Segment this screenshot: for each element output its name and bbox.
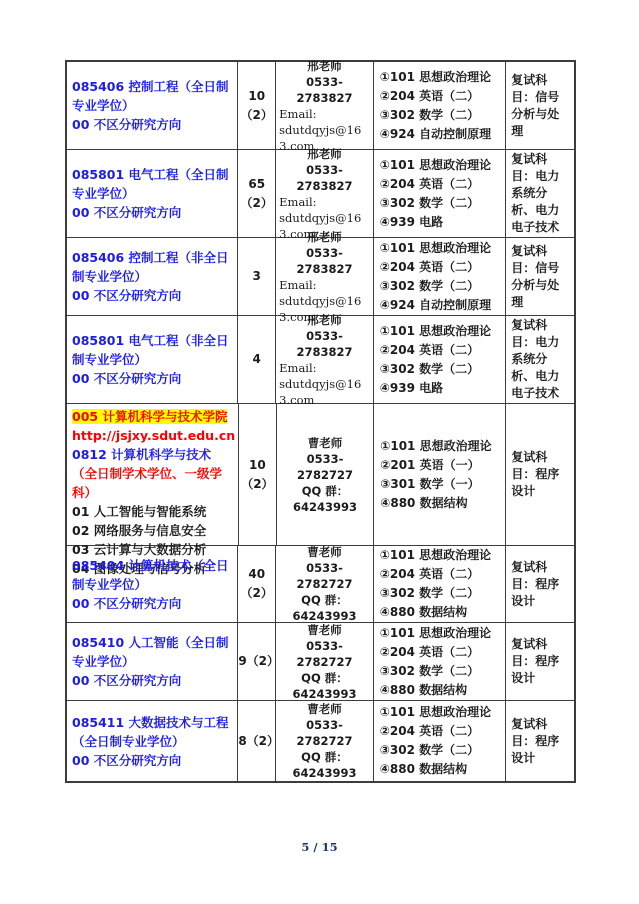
email-label: Email: [279, 360, 370, 376]
program-direction: 00 不区分研究方向 [72, 671, 233, 690]
subject-item: ③301 数学（一） [380, 475, 503, 494]
quota-cell: 10（2） [239, 404, 277, 545]
program-title-code: 0812 计算机科学与技术 [72, 447, 211, 462]
contact-name: 邢老师 [279, 229, 370, 245]
qq-group-number: 64243993 [279, 686, 370, 702]
contact-cell: 邢老师 0533-2783827 Email: sdutdqyjs@163.co… [276, 150, 374, 237]
subject-item: ①101 思想政治理论 [380, 703, 503, 722]
program-direction: 00 不区分研究方向 [72, 751, 233, 770]
email-label: Email: [279, 277, 370, 293]
program-title: 0812 计算机科学与技术（全日制学术学位、一级学科） [72, 445, 234, 502]
qq-group-label: QQ 群： [280, 483, 370, 499]
subject-item: ③302 数学（二） [380, 194, 503, 213]
contact-phone: 0533-2782727 [280, 451, 370, 483]
subject-item: ①101 思想政治理论 [380, 322, 503, 341]
subject-item: ③302 数学（二） [380, 277, 503, 296]
table-row: 085410 人工智能（全日制专业学位） 00 不区分研究方向 9（2） 曹老师… [67, 623, 574, 701]
contact-phone: 0533-2782727 [279, 638, 370, 670]
quota-cell: 10（2） [238, 62, 276, 149]
retest-cell: 复试科目：电力系统分析、电力电子技术 [506, 150, 574, 237]
page-number: 5 / 15 [0, 840, 639, 854]
quota-cell: 3 [238, 238, 276, 315]
subject-item: ④939 电路 [380, 213, 503, 232]
subject-item: ④880 数据结构 [380, 681, 503, 700]
table-row: 085404 计算机技术（全日制专业学位） 00 不区分研究方向 40（2） 曹… [67, 546, 574, 623]
retest-cell: 复试科目：程序设计 [506, 546, 574, 622]
program-title: 085406 控制工程（非全日制专业学位） [72, 248, 233, 286]
program-cell: 005 计算机科学与技术学院 http://jsjxy.sdut.edu.cn … [67, 404, 239, 545]
subjects-cell: ①101 思想政治理论 ②204 英语（二） ③302 数学（二） ④880 数… [374, 701, 506, 781]
subject-item: ②201 英语（一） [380, 456, 503, 475]
program-title: 085406 控制工程（全日制专业学位） [72, 77, 233, 115]
program-direction: 00 不区分研究方向 [72, 286, 233, 305]
retest-cell: 复试科目：程序设计 [506, 623, 574, 700]
contact-phone: 0533-2782727 [279, 717, 370, 749]
quota-cell: 8（2） [238, 701, 276, 781]
subject-item: ②204 英语（二） [380, 341, 503, 360]
program-cell: 085406 控制工程（全日制专业学位） 00 不区分研究方向 [67, 62, 238, 149]
contact-name: 曹老师 [280, 435, 370, 451]
subject-item: ④939 电路 [380, 379, 503, 398]
contact-name: 邢老师 [279, 312, 370, 328]
program-title: 085410 人工智能（全日制专业学位） [72, 633, 233, 671]
contact-phone: 0533-2783827 [279, 74, 370, 106]
subject-item: ③302 数学（二） [380, 741, 503, 760]
program-direction: 02 网络服务与信息安全 [72, 521, 234, 540]
table-row: 085801 电气工程（非全日制专业学位） 00 不区分研究方向 4 邢老师 0… [67, 316, 574, 404]
subject-item: ④924 自动控制原理 [380, 125, 503, 144]
retest-cell: 复试科目：信号分析与处理 [506, 62, 574, 149]
program-title-suffix: （全日制学术学位、一级学科） [72, 466, 222, 500]
program-cell: 085801 电气工程（非全日制专业学位） 00 不区分研究方向 [67, 316, 238, 403]
qq-group-number: 64243993 [279, 765, 370, 781]
contact-cell: 曹老师 0533-2782727 QQ 群： 64243993 [276, 623, 374, 700]
subjects-cell: ①101 思想政治理论 ②204 英语（二） ③302 数学（二） ④880 数… [374, 546, 506, 622]
table-row-section: 005 计算机科学与技术学院 http://jsjxy.sdut.edu.cn … [67, 404, 574, 546]
contact-cell: 曹老师 0533-2782727 QQ 群： 64243993 [276, 546, 374, 622]
section-url-link[interactable]: http://jsjxy.sdut.edu.cn [72, 426, 234, 445]
contact-cell: 邢老师 0533-2783827 Email: sdutdqyjs@163.co… [276, 62, 374, 149]
subject-item: ①101 思想政治理论 [380, 546, 503, 565]
retest-cell: 复试科目：程序设计 [506, 701, 574, 781]
quota-cell: 9（2） [238, 623, 276, 700]
subject-item: ②204 英语（二） [380, 87, 503, 106]
contact-name: 邢老师 [279, 58, 370, 74]
subject-item: ②204 英语（二） [380, 643, 503, 662]
subject-item: ③302 数学（二） [380, 584, 503, 603]
contact-cell: 邢老师 0533-2783827 Email: sdutdqyjs@163.co… [276, 316, 374, 403]
qq-group-label: QQ 群： [279, 749, 370, 765]
table-row: 085801 电气工程（全日制专业学位） 00 不区分研究方向 65（2） 邢老… [67, 150, 574, 238]
contact-cell: 曹老师 0533-2782727 QQ 群： 64243993 [276, 701, 374, 781]
contact-phone: 0533-2783827 [279, 328, 370, 360]
document-page: 085406 控制工程（全日制专业学位） 00 不区分研究方向 10（2） 邢老… [0, 0, 639, 904]
program-direction: 00 不区分研究方向 [72, 203, 233, 222]
subjects-cell: ①101 思想政治理论 ②204 英语（二） ③302 数学（二） ④924 自… [374, 238, 506, 315]
quota-cell: 40（2） [238, 546, 276, 622]
program-cell: 085411 大数据技术与工程（全日制专业学位） 00 不区分研究方向 [67, 701, 238, 781]
program-title: 085801 电气工程（非全日制专业学位） [72, 331, 233, 369]
table-row: 085406 控制工程（全日制专业学位） 00 不区分研究方向 10（2） 邢老… [67, 62, 574, 150]
subject-item: ②204 英语（二） [380, 565, 503, 584]
contact-name: 曹老师 [279, 701, 370, 717]
qq-group-label: QQ 群： [279, 592, 370, 608]
contact-phone: 0533-2782727 [279, 560, 370, 592]
qq-group-label: QQ 群： [279, 670, 370, 686]
program-cell: 085410 人工智能（全日制专业学位） 00 不区分研究方向 [67, 623, 238, 700]
contact-cell: 邢老师 0533-2783827 Email: sdutdqyjs@163.co… [276, 238, 374, 315]
retest-cell: 复试科目：信号分析与处理 [506, 238, 574, 315]
program-cell: 085404 计算机技术（全日制专业学位） 00 不区分研究方向 [67, 546, 238, 622]
subjects-cell: ①101 思想政治理论 ②204 英语（二） ③302 数学（二） ④924 自… [374, 62, 506, 149]
email-address[interactable]: sdutdqyjs@163.com [279, 376, 370, 408]
subject-item: ①101 思想政治理论 [380, 156, 503, 175]
table-row: 085406 控制工程（非全日制专业学位） 00 不区分研究方向 3 邢老师 0… [67, 238, 574, 316]
quota-cell: 4 [238, 316, 276, 403]
subject-item: ④880 数据结构 [380, 494, 503, 513]
subject-item: ②204 英语（二） [380, 175, 503, 194]
program-cell: 085801 电气工程（全日制专业学位） 00 不区分研究方向 [67, 150, 238, 237]
subject-item: ③302 数学（二） [380, 106, 503, 125]
subjects-cell: ①101 思想政治理论 ②204 英语（二） ③302 数学（二） ④939 电… [374, 316, 506, 403]
section-code-name: 005 计算机科学与技术学院 [72, 409, 227, 424]
qq-group-number: 64243993 [280, 499, 370, 515]
contact-phone: 0533-2783827 [279, 245, 370, 277]
email-label: Email: [279, 106, 370, 122]
subjects-cell: ①101 思想政治理论 ②204 英语（二） ③302 数学（二） ④939 电… [374, 150, 506, 237]
retest-cell: 复试科目：程序设计 [506, 404, 574, 545]
admissions-table: 085406 控制工程（全日制专业学位） 00 不区分研究方向 10（2） 邢老… [65, 60, 576, 783]
program-direction: 00 不区分研究方向 [72, 115, 233, 134]
contact-phone: 0533-2783827 [279, 162, 370, 194]
email-label: Email: [279, 194, 370, 210]
program-direction: 00 不区分研究方向 [72, 594, 233, 613]
subjects-cell: ①101 思想政治理论 ②204 英语（二） ③302 数学（二） ④880 数… [374, 623, 506, 700]
contact-name: 邢老师 [279, 146, 370, 162]
program-title: 085411 大数据技术与工程（全日制专业学位） [72, 713, 233, 751]
subject-item: ②204 英语（二） [380, 722, 503, 741]
program-direction: 00 不区分研究方向 [72, 369, 233, 388]
subject-item: ②204 英语（二） [380, 258, 503, 277]
subject-item: ④924 自动控制原理 [380, 296, 503, 315]
subject-item: ④880 数据结构 [380, 603, 503, 622]
subject-item: ④880 数据结构 [380, 760, 503, 779]
subject-item: ①101 思想政治理论 [380, 239, 503, 258]
subject-item: ③302 数学（二） [380, 662, 503, 681]
program-cell: 085406 控制工程（非全日制专业学位） 00 不区分研究方向 [67, 238, 238, 315]
program-title: 085801 电气工程（全日制专业学位） [72, 165, 233, 203]
program-title: 085404 计算机技术（全日制专业学位） [72, 556, 233, 594]
program-direction: 01 人工智能与智能系统 [72, 502, 234, 521]
retest-cell: 复试科目：电力系统分析、电力电子技术 [506, 316, 574, 403]
contact-name: 曹老师 [279, 622, 370, 638]
subject-item: ③302 数学（二） [380, 360, 503, 379]
contact-cell: 曹老师 0533-2782727 QQ 群： 64243993 [277, 404, 374, 545]
section-header: 005 计算机科学与技术学院 [72, 407, 234, 426]
subjects-cell: ①101 思想政治理论 ②201 英语（一） ③301 数学（一） ④880 数… [374, 404, 506, 545]
table-row: 085411 大数据技术与工程（全日制专业学位） 00 不区分研究方向 8（2）… [67, 701, 574, 781]
subject-item: ①101 思想政治理论 [380, 624, 503, 643]
contact-name: 曹老师 [279, 544, 370, 560]
quota-cell: 65（2） [238, 150, 276, 237]
subject-item: ①101 思想政治理论 [380, 437, 503, 456]
subject-item: ①101 思想政治理论 [380, 68, 503, 87]
